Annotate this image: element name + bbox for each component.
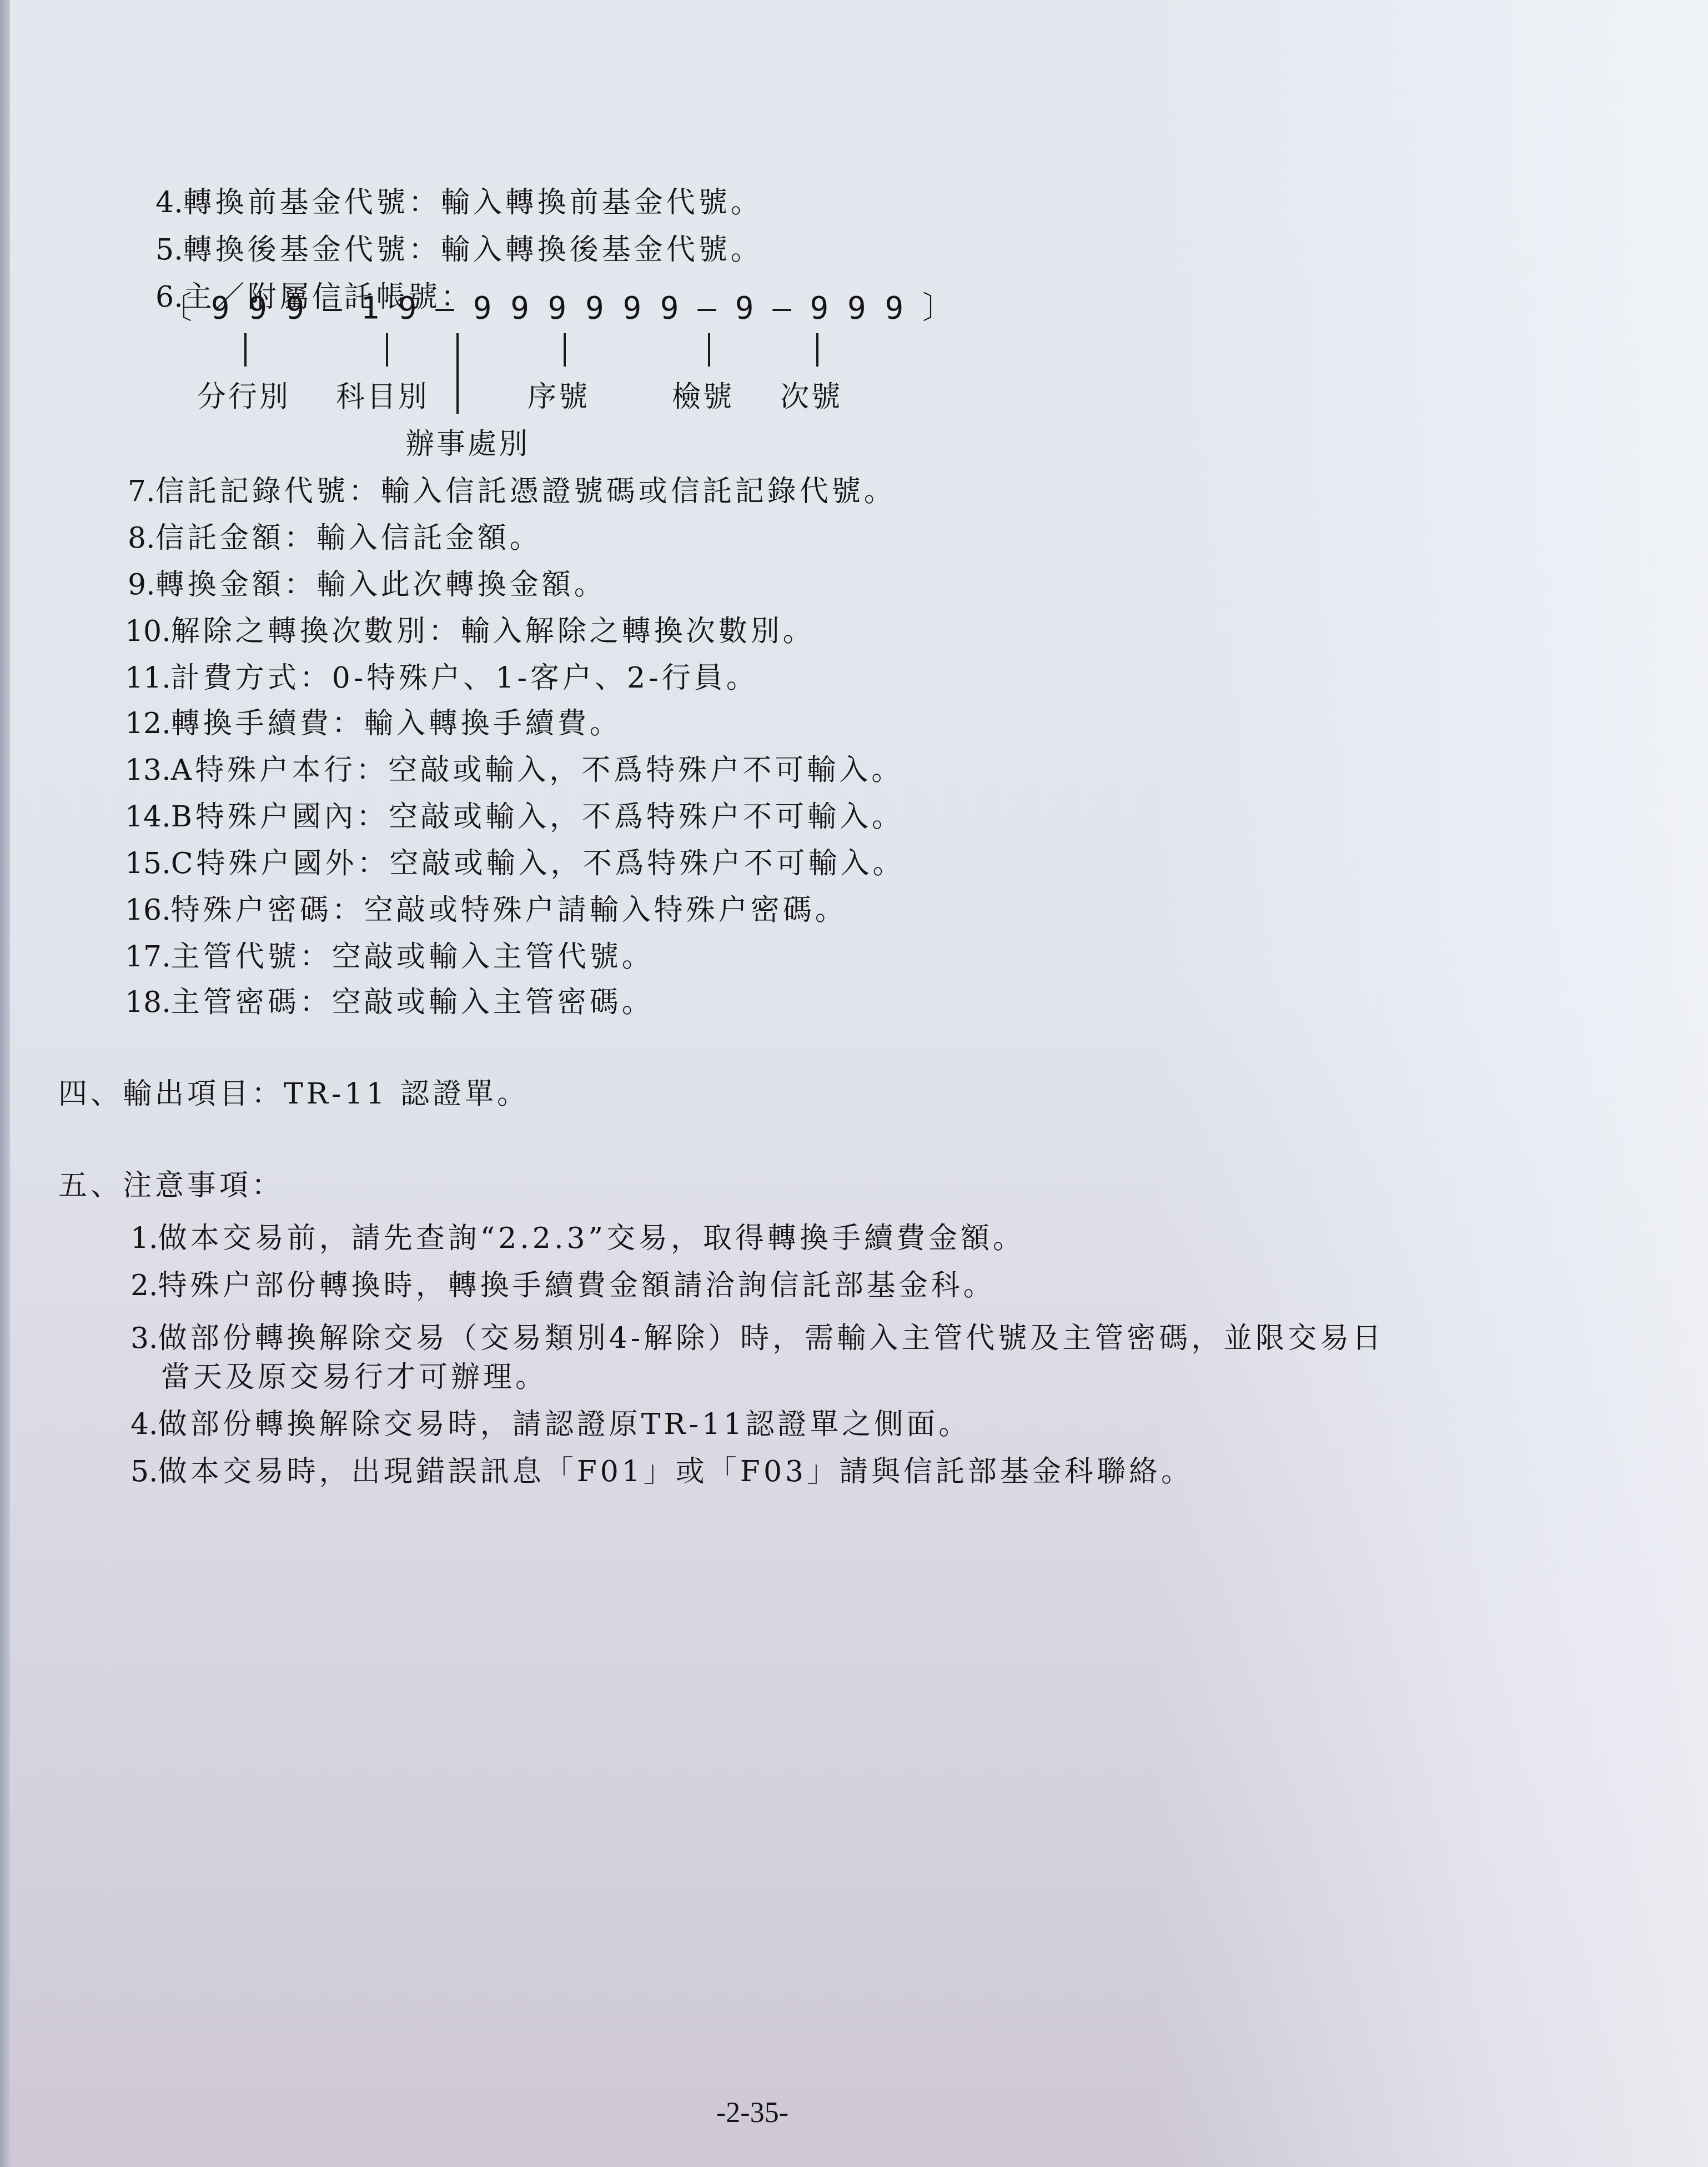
item-text: 計費方式：0-特殊户、1-客户、2-行員。: [171, 661, 758, 695]
tick-branch: [244, 333, 247, 367]
item-text: 特殊户部份轉換時，轉換手續費金額請洽詢信託部基金科。: [158, 1269, 996, 1302]
item-text: 解除之轉換次數別：輸入解除之轉換次數別。: [171, 615, 815, 648]
item-text: B特殊户國內：空敲或輸入，不爲特殊户不可輸入。: [171, 800, 904, 834]
label-sub: 次號: [780, 380, 842, 414]
item-text: 做部份轉換解除交易時，請認證原TR-11認證單之側面。: [158, 1408, 971, 1441]
item-number: 15.: [125, 847, 171, 880]
input-item-11: 11.計費方式：0-特殊户、1-客户、2-行員。: [125, 659, 758, 698]
item-number: 7.: [128, 475, 155, 508]
note-item-5: 5.做本交易時，出現錯誤訊息「F01」或「F03」請與信託部基金科聯絡。: [130, 1452, 1193, 1491]
input-item-13: 13.A特殊户本行：空敲或輸入，不爲特殊户不可輸入。: [125, 751, 903, 790]
page-number: -2-35-: [716, 2096, 788, 2129]
tick-check: [708, 333, 710, 367]
label-branch: 分行別: [197, 380, 290, 414]
item-text: 做本交易前，請先查詢“2.2.3”交易，取得轉換手續費金額。: [158, 1222, 1025, 1255]
item-number: 5.: [130, 1455, 158, 1488]
item-number: 4.: [130, 1408, 158, 1441]
item-number: 2.: [130, 1269, 158, 1302]
input-item-14: 14.B特殊户國內：空敲或輸入，不爲特殊户不可輸入。: [125, 797, 904, 836]
item-number: 13.: [125, 754, 171, 787]
item-number: 3.: [130, 1322, 158, 1355]
tick-sub: [816, 333, 818, 367]
item-number: 8.: [128, 521, 155, 555]
item-number: 18.: [125, 986, 171, 1019]
input-item-18: 18.主管密碼：空敲或輸入主管密碼。: [125, 983, 654, 1022]
item-text: 轉換金額：輸入此次轉換金額。: [155, 568, 606, 601]
tick-serial: [564, 333, 566, 367]
label-subject: 科目別: [336, 380, 429, 414]
page-edge-shadow: [0, 0, 10, 2167]
item-number: 9.: [128, 568, 155, 601]
item-text: 主管密碼：空敲或輸入主管密碼。: [171, 986, 654, 1019]
tick-subject: [386, 333, 388, 367]
item-number: 16.: [125, 894, 171, 927]
item-number: 12.: [125, 707, 171, 740]
input-item-8: 8.信託金額：輸入信託金額。: [128, 519, 542, 558]
section-notes-heading: 五、注意事項：: [58, 1166, 284, 1205]
label-office: 辦事處別: [405, 428, 530, 461]
input-item-7: 7.信託記錄代號：輸入信託憑證號碼或信託記錄代號。: [128, 472, 896, 511]
item-text: 信託金額：輸入信託金額。: [155, 521, 542, 555]
input-item-15: 15.C特殊户國外：空敲或輸入，不爲特殊户不可輸入。: [125, 844, 905, 883]
account-format-pattern: 〔 9 9 9 — 1 9 — 9 9 9 9 9 9 — 9 — 9 9 9 …: [161, 283, 953, 328]
item-number: 10.: [125, 615, 171, 648]
note-item-2: 2.特殊户部份轉換時，轉換手續費金額請洽詢信託部基金科。: [130, 1266, 996, 1305]
input-item-16: 16.特殊户密碼：空敲或特殊户請輸入特殊户密碼。: [125, 891, 847, 930]
item-text: 轉換手續費：輸入轉換手續費。: [171, 707, 622, 740]
note-item-3-continued: 當天及原交易行才可辦理。: [161, 1358, 547, 1397]
input-item-9: 9.轉換金額：輸入此次轉換金額。: [128, 565, 606, 604]
label-check: 檢號: [672, 380, 734, 414]
item-number: 17.: [125, 940, 171, 974]
input-item-10: 10.解除之轉換次數別：輸入解除之轉換次數別。: [125, 612, 815, 651]
input-item-12: 12.轉換手續費：輸入轉換手續費。: [125, 704, 622, 743]
item-number: 11.: [125, 661, 171, 695]
item-text: 主管代號：空敲或輸入主管代號。: [171, 940, 654, 974]
item-text: 做本交易時，出現錯誤訊息「F01」或「F03」請與信託部基金科聯絡。: [158, 1455, 1194, 1488]
note-item-1: 1.做本交易前，請先查詢“2.2.3”交易，取得轉換手續費金額。: [130, 1219, 1025, 1258]
item-text: 做部份轉換解除交易（交易類別4-解除）時，需輸入主管代號及主管密碼，並限交易日: [158, 1322, 1385, 1355]
item-number: 1.: [130, 1222, 158, 1255]
note-item-4: 4.做部份轉換解除交易時，請認證原TR-11認證單之側面。: [130, 1405, 971, 1444]
tick-office: [456, 333, 459, 414]
item-text: A特殊户本行：空敲或輸入，不爲特殊户不可輸入。: [171, 754, 904, 787]
item-number: 14.: [125, 800, 171, 834]
item-text: C特殊户國外：空敲或輸入，不爲特殊户不可輸入。: [171, 847, 905, 880]
section-output-heading: 四、輸出項目：TR-11 認證單。: [58, 1075, 529, 1113]
input-item-17: 17.主管代號：空敲或輸入主管代號。: [125, 937, 654, 976]
paper-bleed-through: [1153, 0, 1708, 2167]
item-text: 信託記錄代號：輸入信託憑證號碼或信託記錄代號。: [155, 475, 896, 508]
item-text: 特殊户密碼：空敲或特殊户請輸入特殊户密碼。: [171, 894, 847, 927]
note-item-3: 3.做部份轉換解除交易（交易類別4-解除）時，需輸入主管代號及主管密碼，並限交易…: [130, 1319, 1384, 1358]
label-serial: 序號: [528, 380, 590, 414]
